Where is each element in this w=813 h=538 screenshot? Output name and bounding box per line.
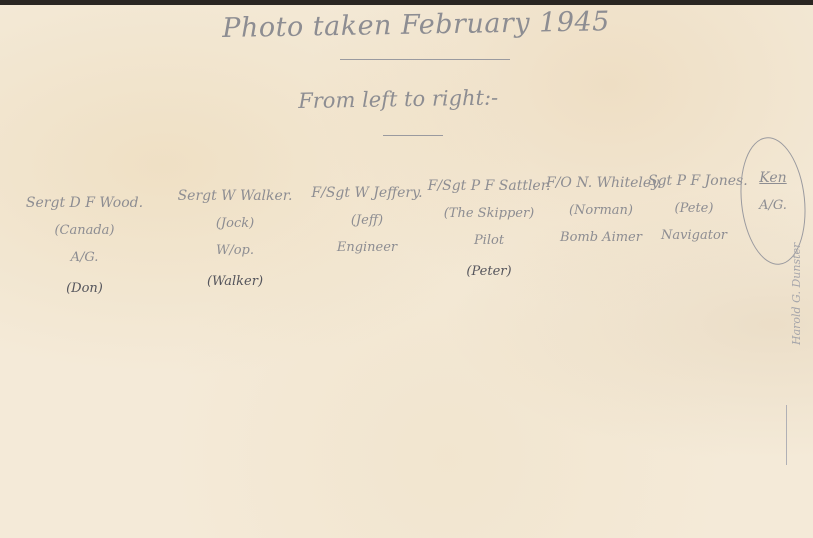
- crew-member-ken: Ken A/G.: [748, 165, 798, 219]
- crew-name: Sergt W Walker.: [165, 183, 305, 210]
- circled-role: A/G.: [748, 192, 798, 219]
- crew-origin: (The Skipper): [424, 200, 554, 227]
- crew-name: Sgt P F Jones.: [648, 168, 740, 195]
- crew-nickname: (Walker): [165, 268, 305, 295]
- caption-heading: From left to right:-: [298, 86, 498, 113]
- circled-name: Ken: [748, 165, 798, 192]
- crew-member-jeffery: F/Sgt W Jeffery. (Jeff) Engineer: [302, 180, 432, 261]
- crew-role: Navigator: [648, 222, 740, 249]
- crew-role: A/G.: [2, 244, 167, 271]
- crew-name: F/Sgt P F Sattler.: [424, 173, 554, 200]
- crew-member-jones: Sgt P F Jones. (Pete) Navigator: [648, 168, 740, 249]
- crew-role: Engineer: [302, 234, 432, 261]
- crew-member-sattler: F/Sgt P F Sattler. (The Skipper) Pilot (…: [424, 173, 554, 285]
- subtitle-underline: [383, 135, 443, 136]
- margin-rule: [786, 405, 787, 465]
- crew-member-whiteley: F/O N. Whiteley. (Norman) Bomb Aimer: [546, 170, 656, 251]
- crew-origin: (Jeff): [302, 207, 432, 234]
- crew-role: Pilot: [424, 227, 554, 254]
- crew-origin: (Canada): [2, 217, 167, 244]
- crew-role: Bomb Aimer: [546, 224, 656, 251]
- crew-origin: (Norman): [546, 197, 656, 224]
- crew-origin: (Pete): [648, 195, 740, 222]
- title-underline: [340, 59, 510, 60]
- crew-name: F/O N. Whiteley.: [546, 170, 656, 197]
- crew-member-walker: Sergt W Walker. (Jock) W/op. (Walker): [165, 183, 305, 295]
- crew-role: W/op.: [165, 237, 305, 264]
- crew-member-wood: Sergt D F Wood. (Canada) A/G. (Don): [2, 190, 167, 302]
- margin-note-vertical: Harold G. Dunster: [790, 243, 803, 345]
- crew-nickname: (Don): [2, 275, 167, 302]
- crew-name: F/Sgt W Jeffery.: [302, 180, 432, 207]
- crew-name: Sergt D F Wood.: [2, 190, 167, 217]
- crew-origin: (Jock): [165, 210, 305, 237]
- crew-nickname: (Peter): [424, 258, 554, 285]
- photo-date-title: Photo taken February 1945: [222, 6, 610, 44]
- photo-back-paper: Photo taken February 1945 From left to r…: [0, 5, 813, 538]
